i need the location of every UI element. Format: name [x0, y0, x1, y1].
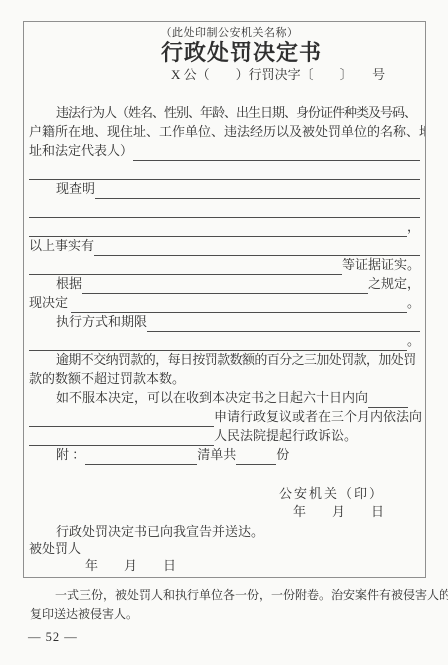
attachment-label: 附 ：: [56, 444, 85, 465]
trailing-period: 。: [407, 292, 420, 313]
document-border-frame: （此处印制公安机关名称） 行政处罚决定书 X 公（ ）行罚决字〔 〕 号 违法行…: [23, 21, 426, 578]
blank-underline: [29, 426, 214, 427]
overdue-penalty-text: 逾期不交纳罚款的，每日按罚款数额的百分之三加处罚款，加处罚: [56, 349, 416, 370]
trailing-comma: ，: [407, 216, 420, 237]
blank-underline: [29, 217, 420, 218]
appeal-clause-text: 申请行政复议或者在三个月内依法向: [214, 406, 422, 427]
document-number-line: X 公（ ）行罚决字〔 〕 号: [29, 66, 420, 84]
execution-method-label: 执行方式和期限: [56, 311, 147, 332]
blank-line: [29, 199, 420, 218]
blank-underline: [85, 464, 197, 465]
copies-note-line-2: 复印送达被侵害人。: [30, 605, 426, 624]
evidence-list-label: 以上事实有: [29, 235, 94, 256]
evidence-confirm-text: 等证据证实。: [342, 254, 420, 275]
print-authority-note: （此处印制公安机关名称）: [29, 26, 420, 40]
punished-person-label: 被处罚人: [29, 538, 81, 559]
offender-clause-text: 违法行为人（姓名、性别、年龄、出生日期、身份证件种类及号码、: [56, 102, 416, 123]
blank-underline: [82, 293, 368, 294]
execution-method-line: 执行方式和期限: [29, 313, 420, 332]
legal-basis-suffix: 之规定，: [368, 273, 420, 294]
authority-date-line: 年 月 日: [29, 503, 420, 521]
spacer: [29, 84, 420, 104]
blank-underline: [147, 331, 420, 332]
copies-note: 一式三份，被处罚人和执行单位各一份，一份附卷。治安案件有被侵害人的， 复印送达被…: [23, 586, 426, 624]
service-date-line: 年 月 日: [29, 559, 420, 576]
appeal-clause-text: 人民法院提起行政诉讼。: [214, 425, 357, 446]
copies-note-line-1: 一式三份，被处罚人和执行单位各一份，一份附卷。治安案件有被侵害人的，: [30, 586, 426, 605]
blank-underline: [133, 160, 420, 161]
evidence-confirm-line: 等证据证实。: [29, 256, 420, 275]
attachment-list-label: 清单共: [197, 444, 236, 465]
offender-clause-line-3: 址和法定代表人）: [29, 142, 420, 161]
trailing-period: 。: [407, 330, 420, 351]
scanned-document-page: （此处印制公安机关名称） 行政处罚决定书 X 公（ ）行罚决字〔 〕 号 违法行…: [0, 0, 448, 665]
appeal-clause-text: 如不服本决定，可以在收到本决定书之日起六十日内向: [56, 387, 368, 408]
overdue-penalty-text: 款的数额不超过罚款本数。: [29, 368, 185, 389]
attachment-count-unit: 份: [276, 444, 289, 465]
service-date-text: 年 月 日: [85, 555, 176, 576]
facts-found-line: 现查明: [29, 180, 420, 199]
legal-basis-line: 根据 之规定，: [29, 275, 420, 294]
decision-label: 现决定: [29, 292, 71, 313]
offender-clause-text: 户籍所在地、现住址、工作单位、违法经历以及被处罚单位的名称、地: [29, 121, 426, 142]
facts-found-label: 现查明: [56, 178, 95, 199]
page-number: — 52 —: [23, 629, 426, 645]
attachment-line: 附 ： 清单共 份: [29, 446, 420, 465]
offender-clause-text: 址和法定代表人）: [29, 140, 133, 161]
legal-basis-label: 根据: [56, 273, 82, 294]
document-title: 行政处罚决定书: [29, 40, 420, 66]
blank-underline: [95, 198, 420, 199]
blank-underline: [236, 464, 276, 465]
service-statement-line: 行政处罚决定书已向我宣告并送达。: [29, 525, 420, 542]
service-statement-text: 行政处罚决定书已向我宣告并送达。: [56, 521, 264, 542]
authority-seal-line: 公安机关（印）: [29, 485, 420, 503]
